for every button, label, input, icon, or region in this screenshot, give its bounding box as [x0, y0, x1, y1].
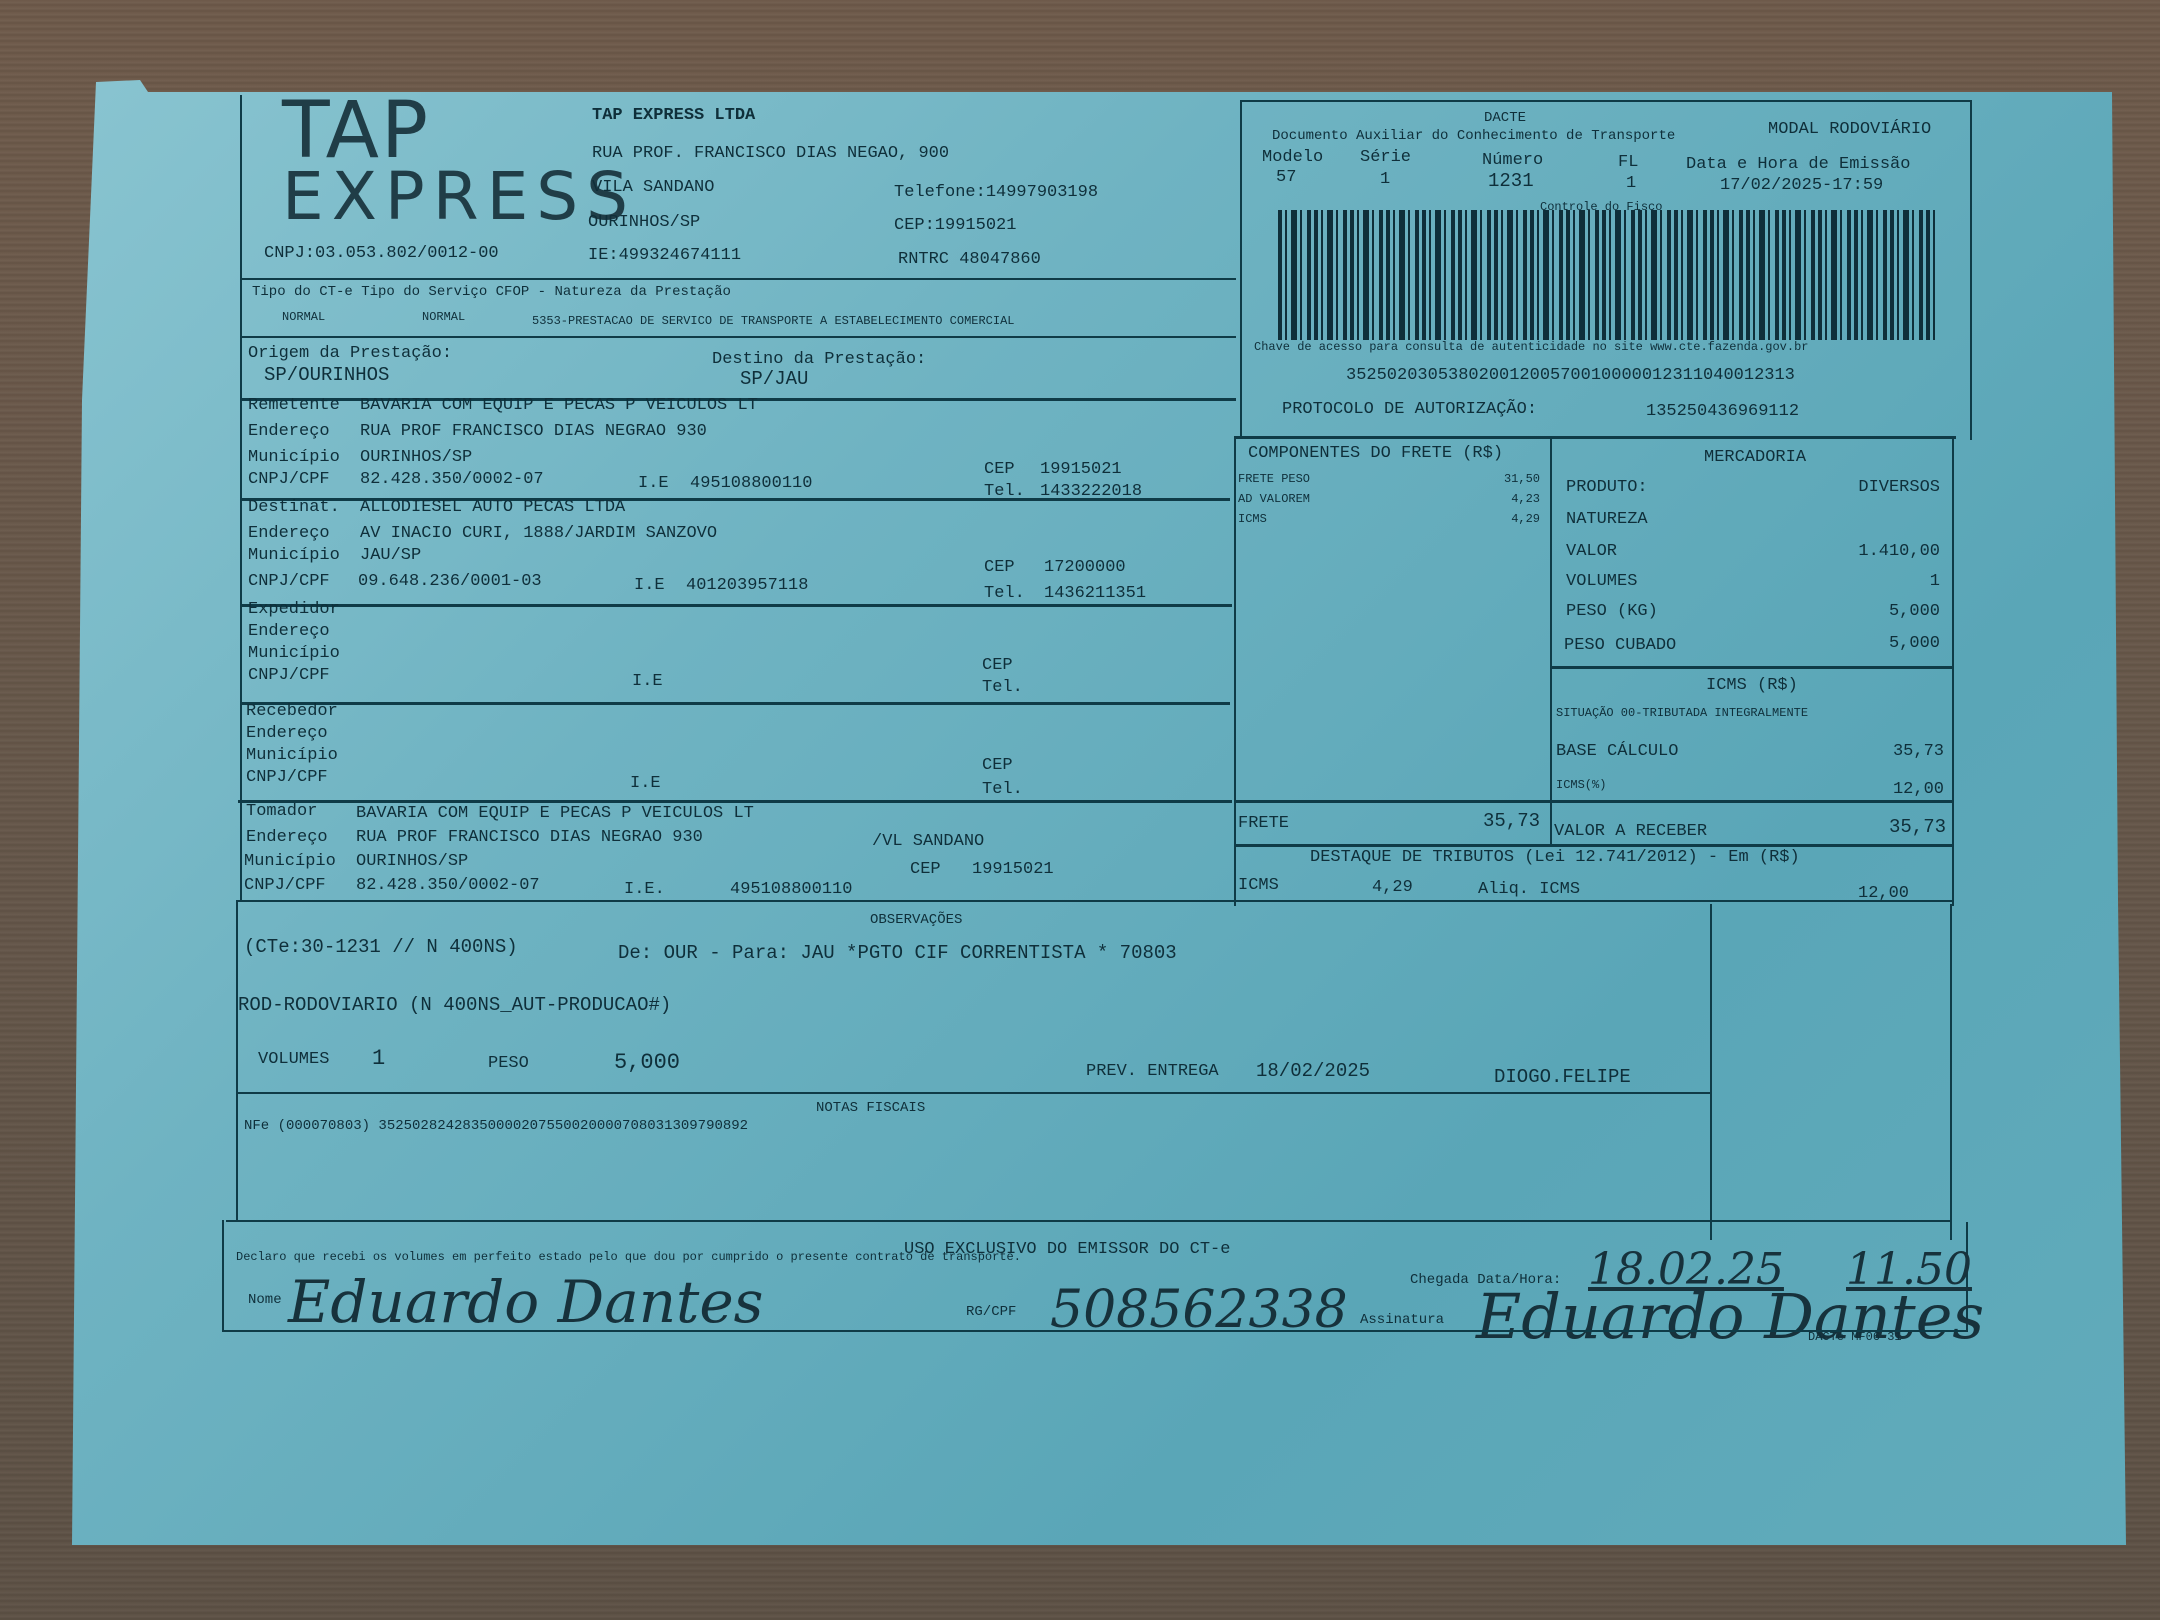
prev-entrega-label: PREV. ENTREGA — [1086, 1062, 1219, 1081]
remetente-municipio-label: Município — [248, 448, 340, 467]
logo-line-1: TAP — [282, 92, 636, 170]
observacoes-line2: ROD-RODOVIARIO (N 400NS_AUT-PRODUCAO#) — [238, 994, 671, 1016]
emitter-ie: IE:499324674111 — [588, 246, 741, 265]
destinatario-city: JAU/SP — [360, 546, 421, 565]
peso-cubado-label: PESO CUBADO — [1564, 636, 1676, 655]
prev-entrega-value: 18/02/2025 — [1256, 1060, 1370, 1082]
tomador-ie-label: I.E. — [624, 880, 665, 899]
obs-volumes-label: VOLUMES — [258, 1050, 329, 1069]
tomador-cnpj-label: CNPJ/CPF — [244, 876, 326, 895]
observacoes-title: OBSERVAÇÕES — [870, 912, 962, 928]
obs-volumes-value: 1 — [372, 1046, 385, 1071]
obs-right-divider — [1710, 904, 1712, 1240]
remetente-cnpj: 82.428.350/0002-07 — [360, 470, 544, 489]
tributos-aliq-label: Aliq. ICMS — [1478, 880, 1580, 899]
remetente-label: Remetente — [248, 396, 340, 415]
tomador-name: BAVARIA COM EQUIP E PECAS P VEICULOS LT — [356, 804, 754, 823]
expedidor-municipio-label: Município — [248, 644, 340, 663]
divider — [1234, 800, 1954, 803]
tomador-address: RUA PROF FRANCISCO DIAS NEGRAO 930 — [356, 828, 703, 847]
expedidor-label: Expedidor — [248, 600, 340, 619]
componente-label-1: AD VALOREM — [1238, 492, 1310, 506]
form-code: DACTe MF06-31 — [1808, 1330, 1902, 1344]
tap-express-logo: TAP EXPRESS — [282, 92, 636, 230]
tributos-title: DESTAQUE DE TRIBUTOS (Lei 12.741/2012) -… — [1310, 848, 1800, 867]
peso-label: PESO (KG) — [1566, 602, 1658, 621]
destinatario-cep-label: CEP — [984, 558, 1015, 577]
componente-label-0: FRETE PESO — [1238, 472, 1310, 486]
emitter-address: RUA PROF. FRANCISCO DIAS NEGAO, 900 — [592, 144, 949, 163]
emitter-rntrc: RNTRC 48047860 — [898, 250, 1041, 269]
componentes-title: COMPONENTES DO FRETE (R$) — [1248, 444, 1503, 463]
destinatario-address: AV INACIO CURI, 1888/JARDIM SANZOVO — [360, 524, 717, 543]
destinatario-cnpj-label: CNPJ/CPF — [248, 572, 330, 591]
tipo-cte: NORMAL — [282, 310, 325, 324]
valor-receber-value: 35,73 — [1800, 816, 1946, 838]
valor-receber-label: VALOR A RECEBER — [1554, 822, 1707, 841]
serie-value: 1 — [1380, 170, 1390, 189]
expedidor-tel-label: Tel. — [982, 678, 1023, 697]
componente-value-0: 31,50 — [1450, 472, 1540, 486]
icms-title: ICMS (R$) — [1706, 676, 1798, 695]
remetente-cep-label: CEP — [984, 460, 1015, 479]
destino-label: Destino da Prestação: — [712, 350, 926, 369]
origem-value: SP/OURINHOS — [264, 364, 389, 386]
tomador-municipio-label: Município — [244, 852, 336, 871]
peso-cubado-value: 5,000 — [1760, 634, 1940, 653]
assinatura-label: Assinatura — [1360, 1312, 1444, 1328]
destinatario-endereco-label: Endereço — [248, 524, 330, 543]
produto-label: PRODUTO: — [1566, 478, 1648, 497]
obs-peso-value: 5,000 — [614, 1050, 680, 1075]
expedidor-ie-label: I.E — [632, 672, 663, 691]
dacte-box-left-border — [1240, 100, 1242, 438]
notas-fiscais-title: NOTAS FISCAIS — [816, 1100, 925, 1116]
recebedor-ie-label: I.E — [630, 774, 661, 793]
emitter-phone: Telefone:14997903198 — [894, 183, 1098, 202]
expedidor-cep-label: CEP — [982, 656, 1013, 675]
emitter-city: OURINHOS/SP — [588, 213, 700, 232]
volumes-value: 1 — [1760, 572, 1940, 591]
destinatario-municipio-label: Município — [248, 546, 340, 565]
emissao-value: 17/02/2025-17:59 — [1720, 176, 1883, 195]
dacte-paper-sheet: TAP EXPRESS TAP EXPRESS LTDA RUA PROF. F… — [0, 0, 2160, 1620]
mercadoria-title: MERCADORIA — [1704, 448, 1806, 467]
divider — [238, 900, 1952, 902]
cfop-natureza: 5353-PRESTACAO DE SERVICO DE TRANSPORTE … — [532, 314, 1014, 328]
numero-label: Número — [1482, 151, 1543, 170]
remetente-cnpj-label: CNPJ/CPF — [248, 470, 330, 489]
destinatario-name: ALLODIESEL AUTO PECAS LTDA — [360, 498, 625, 517]
obs-peso-label: PESO — [488, 1054, 529, 1073]
dacte-title: DACTE — [1484, 110, 1526, 126]
volumes-label: VOLUMES — [1566, 572, 1637, 591]
emitter-district: VILA SANDANO — [592, 178, 714, 197]
observacoes-line1: (CTe:30-1231 // N 400NS) — [244, 936, 518, 958]
tomador-district: /VL SANDANO — [872, 832, 984, 851]
remetente-address: RUA PROF FRANCISCO DIAS NEGRAO 930 — [360, 422, 707, 441]
produto-value: DIVERSOS — [1760, 478, 1940, 497]
componente-label-2: ICMS — [1238, 512, 1267, 526]
divider — [238, 800, 1232, 803]
recebedor-endereco-label: Endereço — [246, 724, 328, 743]
destinatario-tel: 1436211351 — [1044, 584, 1146, 603]
nota-fiscal-line: NFe (000070803) 352502824283500002075500… — [244, 1118, 748, 1134]
remetente-ie: 495108800110 — [690, 474, 812, 493]
dacte-box-right-border — [1970, 100, 1972, 440]
icms-aliquota-label: ICMS(%) — [1556, 778, 1606, 792]
divider — [236, 1092, 1710, 1094]
divider — [1550, 666, 1954, 669]
service-header: Tipo do CT-e Tipo do Serviço CFOP - Natu… — [252, 284, 731, 300]
issuer-user: DIOGO.FELIPE — [1494, 1066, 1631, 1088]
frete-total-label: FRETE — [1238, 814, 1289, 833]
destinatario-label: Destinat. — [248, 498, 340, 517]
tributos-aliq-value: 12,00 — [1858, 884, 1909, 903]
remetente-name: BAVARIA COM EQUIP E PECAS P VEICULOS LT — [360, 396, 758, 415]
base-calculo-label: BASE CÁLCULO — [1556, 742, 1678, 761]
right-border — [1950, 904, 1952, 1240]
footer-left-border — [222, 1220, 224, 1332]
divider — [1234, 844, 1954, 847]
recebedor-municipio-label: Município — [246, 746, 338, 765]
emissao-label: Data e Hora de Emissão — [1686, 155, 1910, 174]
valor-value: 1.410,00 — [1760, 542, 1940, 561]
tomador-cep: 19915021 — [972, 860, 1054, 879]
expedidor-endereco-label: Endereço — [248, 622, 330, 641]
tomador-cep-label: CEP — [910, 860, 941, 879]
icms-situacao: SITUAÇÃO 00-TRIBUTADA INTEGRALMENTE — [1556, 706, 1808, 720]
numero-value: 1231 — [1488, 170, 1534, 192]
componente-value-1: 4,23 — [1450, 492, 1540, 506]
remetente-ie-label: I.E — [638, 474, 669, 493]
observacoes-line1b: De: OUR - Para: JAU *PGTO CIF CORRENTIST… — [618, 942, 1177, 964]
remetente-endereco-label: Endereço — [248, 422, 330, 441]
base-calculo-value: 35,73 — [1800, 742, 1944, 761]
footer-bottom-border — [222, 1330, 1968, 1332]
emitter-name: TAP EXPRESS LTDA — [592, 106, 755, 125]
divider — [226, 1220, 1952, 1222]
remetente-cep: 19915021 — [1040, 460, 1122, 479]
destinatario-tel-label: Tel. — [984, 584, 1025, 603]
right-border — [1952, 436, 1954, 906]
recebedor-cnpj-label: CNPJ/CPF — [246, 768, 328, 787]
divider — [240, 702, 1230, 705]
divider — [1236, 436, 1956, 439]
chave-acesso-label: Chave de acesso para consulta de autenti… — [1254, 340, 1809, 354]
destinatario-cep: 17200000 — [1044, 558, 1126, 577]
serie-label: Série — [1360, 148, 1411, 167]
componente-value-2: 4,29 — [1450, 512, 1540, 526]
fl-label: FL — [1618, 153, 1638, 172]
declaracao-text: Declaro que recebi os volumes em perfeit… — [236, 1250, 1021, 1264]
destinatario-ie-label: I.E — [634, 576, 665, 595]
divider — [240, 278, 1236, 280]
tomador-endereco-label: Endereço — [246, 828, 328, 847]
emitter-cnpj: CNPJ:03.053.802/0012-00 — [264, 244, 499, 263]
protocolo-label: PROTOCOLO DE AUTORIZAÇÃO: — [1282, 400, 1537, 419]
recebedor-tel-label: Tel. — [982, 780, 1023, 799]
tributos-icms-label: ICMS — [1238, 876, 1279, 895]
destinatario-ie: 401203957118 — [686, 576, 808, 595]
expedidor-cnpj-label: CNPJ/CPF — [248, 666, 330, 685]
tributos-icms-value: 4,29 — [1372, 878, 1413, 897]
valor-label: VALOR — [1566, 542, 1617, 561]
rg-cpf-label: RG/CPF — [966, 1304, 1016, 1320]
components-right-border — [1550, 438, 1552, 846]
divider — [240, 336, 1236, 338]
emitter-cep: CEP:19915021 — [894, 216, 1016, 235]
modal-label: MODAL RODOVIÁRIO — [1768, 120, 1931, 139]
recebedor-cep-label: CEP — [982, 756, 1013, 775]
divider — [240, 604, 1232, 607]
destinatario-cnpj: 09.648.236/0001-03 — [358, 572, 542, 591]
barcode — [1278, 210, 1938, 340]
tomador-city: OURINHOS/SP — [356, 852, 468, 871]
protocolo-value: 135250436969112 — [1646, 402, 1799, 421]
icms-aliquota-value: 12,00 — [1800, 780, 1944, 799]
tomador-ie: 495108800110 — [730, 880, 852, 899]
destino-value: SP/JAU — [740, 368, 808, 390]
modelo-value: 57 — [1276, 168, 1296, 187]
tipo-servico: NORMAL — [422, 310, 465, 324]
fl-value: 1 — [1626, 174, 1636, 193]
nome-handwritten: Eduardo Dantes — [288, 1268, 763, 1336]
remetente-city: OURINHOS/SP — [360, 448, 472, 467]
dacte-box-top-border — [1240, 100, 1972, 102]
assinatura-handwritten: Eduardo Dantes — [1476, 1280, 1984, 1353]
components-left-border — [1234, 436, 1236, 906]
nome-label: Nome — [248, 1292, 282, 1308]
tomador-cnpj: 82.428.350/0002-07 — [356, 876, 540, 895]
peso-value: 5,000 — [1760, 602, 1940, 621]
tomador-label: Tomador — [246, 802, 317, 821]
recebedor-label: Recebedor — [246, 702, 338, 721]
natureza-label: NATUREZA — [1566, 510, 1648, 529]
modelo-label: Modelo — [1262, 148, 1323, 167]
origem-label: Origem da Prestação: — [248, 344, 452, 363]
frete-total-value: 35,73 — [1400, 810, 1540, 832]
chave-acesso-value[interactable]: 3525020305380200120057001000001231104001… — [1346, 366, 1795, 385]
left-border — [236, 900, 238, 1220]
dacte-subtitle: Documento Auxiliar do Conhecimento de Tr… — [1272, 128, 1675, 144]
